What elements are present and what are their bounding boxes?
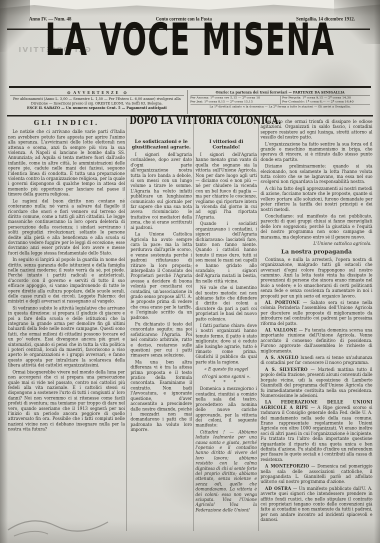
paragraph: Concludiamo: sul manifesto da noi pubbli… [261, 213, 373, 239]
subhead-sofisticazioni: Le sofisticazioni e le giustificazioni a… [131, 139, 193, 150]
propaganda-item: AL VALLONE — Fu tenuta domenica scorsa u… [261, 328, 373, 354]
column-divider [194, 118, 195, 531]
paragraph: I fatti parlano chiaro: dove i nostri or… [196, 323, 258, 365]
sofisticazioni-paragraphs: I signori dell'agraria corinaldese, dopo… [131, 152, 193, 432]
article-signature: L'Unione cattolica agricola. [261, 241, 372, 246]
continuation-paragraphs: nel voto che ormai trionfa di dissipare … [261, 119, 373, 239]
ornament-icon: ⊙ [67, 91, 70, 96]
paragraph: Né vale che si lamentino del nostro meto… [196, 285, 258, 321]
dante-quote-line2: ch'ogni uomo sganni ». [196, 374, 258, 379]
feature-headline: DOPO LA VITTORIA COLONICA. [130, 116, 282, 127]
avvertenze-box: ⊙ AVVERTENZE ⊙ Per abbonamenti (Anno L. … [9, 90, 187, 114]
propaganda-item: A S. ANGELO lunedì sera si tenne un'adun… [261, 355, 373, 365]
column-divider [259, 118, 260, 531]
vittoriosi-paragraphs: I signori dell'Agraria hanno menato gran… [196, 152, 258, 365]
notice-band: ⊙ AVVERTENZE ⊙ Per abbonamenti (Anno L. … [9, 90, 371, 114]
train-schedule-footnote: La 1ª diretta il sabato e la domenica — … [190, 104, 370, 109]
avvertenze-title: AVVERTENZE [73, 91, 120, 96]
paragraph: Le notizie che ci arrivano dalle varie p… [8, 129, 125, 197]
column-sofisticazioni: Le sofisticazioni e le giustificazioni a… [131, 139, 193, 530]
propaganda-item: LA FEDERAZIONE DELLE UNIONI AGRICOLE A R… [261, 400, 373, 462]
subhead-vittoriosi: I vittoriosi di Corinaldo! [196, 139, 258, 150]
masthead-title: LA VOCE MISENA [45, 17, 335, 62]
publication-schedule: ESCE IL SABATO — Un numero separato Cent… [10, 106, 184, 110]
dante-quote-line1: « E questo fia suggel [196, 367, 258, 372]
column-gli-indici: GLI INDICI. Le notizie che ci arrivano d… [8, 120, 125, 530]
train-schedule-rows: Per Ancona: 1ª corsa ore 5,15 — 2ª corsa… [190, 96, 370, 104]
column-vittoriosi: I vittoriosi di Corinaldo! I signori del… [196, 139, 258, 530]
subscription-terms: Per abbonamenti (Anno L. 3,00 — Semestre… [10, 97, 184, 106]
propaganda-item: A S. SILVESTRO — Martedì mattina tutto i… [261, 367, 373, 398]
ornament-icon: ⊙ [123, 91, 126, 96]
feature-headline-block: DOPO LA VITTORIA COLONICA. [130, 117, 259, 127]
propaganda-item: AD OSTRA — Un manifesto pubblicato dall'… [261, 486, 373, 522]
paragraph: Ormai bisognerebbe vivere nel mondo dell… [8, 369, 125, 431]
paragraph: I signori dell'agraria corinaldese, dopo… [131, 152, 193, 230]
propaganda-item: A MONTEPORZIO — Domenica nel pomeriggio … [261, 464, 373, 485]
section-title-propaganda: La nostra propaganda [261, 249, 373, 254]
paragraph: In seguito si largirà al popolo la guard… [8, 257, 125, 304]
article-title-gli-indici: GLI INDICI. [8, 121, 125, 126]
newspaper-sheet: Anno IV. — Num. 48 Conto corrente con la… [0, 0, 380, 543]
propaganda-item: AL PORTONE — Sabato sera si tenne nella … [261, 300, 373, 326]
paragraph: Si vedranno subito le attività legislati… [8, 305, 125, 367]
paragraph: I signori dell'Agraria hanno menato gran… [196, 152, 258, 220]
item-text: — A Ripe giovedì scorso si radunava il C… [261, 405, 373, 462]
propaganda-items: AL PORTONE — Sabato sera si tenne nella … [261, 300, 373, 522]
paragraph: A chi ha fatto degli apprezzamenti ai no… [261, 186, 373, 212]
train-schedule-title: Orario: La partenza dei treni ferroviari… [190, 91, 370, 96]
train-schedule-row: Per Corinaldo: 1ª corsa 8,— — 2ª corsa 1… [282, 100, 370, 104]
paragraph: L'organizzazione ha fatto sentire la sua… [261, 141, 373, 162]
column-divider [127, 118, 128, 531]
column-propaganda: nel voto che ormai trionfa di dissipare … [261, 119, 373, 530]
masthead-rule [9, 86, 371, 88]
paragraph: Le ragioni del buon diritto non contano … [8, 198, 125, 255]
paragraph: Fu dichiarato il testo del concordato se… [131, 322, 193, 358]
paragraph: Ma una ben altra differenza vi è tra la … [131, 359, 193, 432]
paragraph: Quando i socialisti organizzavano i cont… [196, 221, 258, 283]
propaganda-intro: Continua, e nulla la arresterà, l'opera … [261, 257, 373, 299]
paragraph: nel voto che ormai trionfa di dissipare … [261, 119, 373, 140]
train-schedule-box: Orario: La partenza dei treni ferroviari… [187, 90, 371, 114]
page-content: Anno IV. — Num. 48 Conto corrente con la… [0, 0, 380, 543]
section-break-asterisks: * * * [196, 380, 258, 385]
masthead: LA VOCE MISENA [0, 33, 380, 62]
manifesto-text: Cittadini ! — Abbiamo lottato lealmente … [196, 429, 258, 512]
train-schedule-row: Per Jesi: 1ª corsa 8,15 — 2ª corsa 15,15 [190, 100, 278, 104]
paragraph: La Unione Cattolica Agricola ha avuto se… [131, 232, 193, 320]
item-text: — Un manifesto pubblicato dall'U. A. avv… [261, 486, 373, 522]
gli-indici-paragraphs: Le notizie che ci arrivano dalle varie p… [8, 129, 125, 432]
paragraph: Diciamo preliminarmente: quando si sta e… [261, 164, 373, 185]
avvertenze-title-row: ⊙ AVVERTENZE ⊙ [10, 91, 184, 97]
comizio-paragraph: Domenica a mezzogiorno i contadini, riun… [196, 386, 258, 428]
item-text: — Martedì mattina tutto il popolo della … [261, 367, 373, 398]
